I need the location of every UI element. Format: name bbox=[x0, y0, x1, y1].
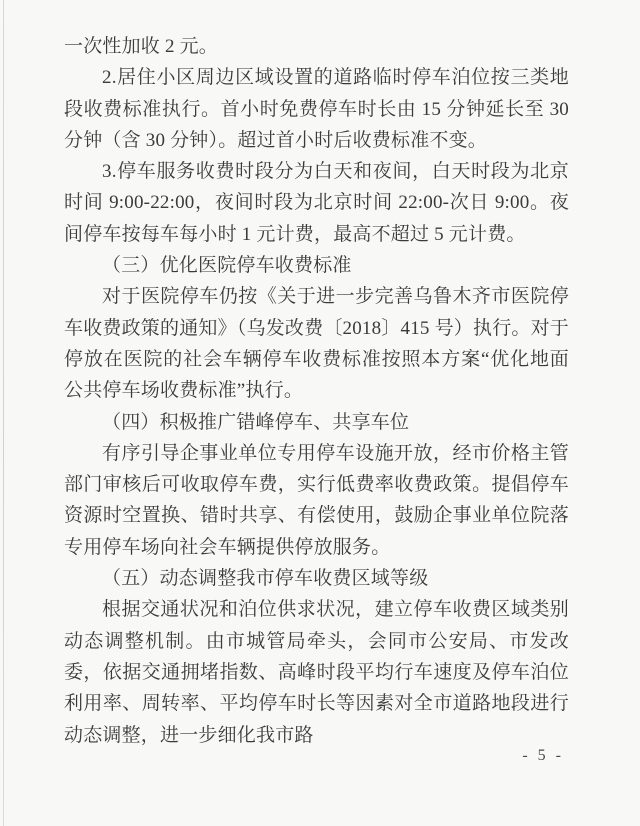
section-heading-4: （四）积极推广错峰停车、共享车位 bbox=[64, 407, 569, 438]
document-body: 一次性加收 2 元。 2.居住小区周边区域设置的道路临时停车泊位按三类地段收费标… bbox=[64, 31, 569, 751]
section-heading-3: （三）优化医院停车收费标准 bbox=[64, 250, 569, 281]
page-number: - 5 - bbox=[522, 746, 564, 765]
document-page: 一次性加收 2 元。 2.居住小区周边区域设置的道路临时停车泊位按三类地段收费标… bbox=[0, 0, 640, 826]
paragraph-road-parking-rule-3: 3.停车服务收费时段分为白天和夜间，白天时段为北京时间 9:00-22:00，夜… bbox=[64, 156, 569, 250]
paragraph-road-parking-rule-2: 2.居住小区周边区域设置的道路临时停车泊位按三类地段收费标准执行。首小时免费停车… bbox=[64, 62, 569, 156]
paragraph-dynamic-adjustment: 根据交通状况和泊位供求状况，建立停车收费区域类别动态调整机制。由市城管局牵头，会… bbox=[64, 594, 569, 750]
scan-artifact-line bbox=[3, 0, 4, 826]
paragraph-continuation: 一次性加收 2 元。 bbox=[64, 31, 569, 62]
section-heading-5: （五）动态调整我市停车收费区域等级 bbox=[64, 563, 569, 594]
paragraph-shared-parking: 有序引导企事业单位专用停车设施开放，经市价格主管部门审核后可收取停车费，实行低费… bbox=[64, 438, 569, 563]
paragraph-hospital-parking: 对于医院停车仍按《关于进一步完善乌鲁木齐市医院停车收费政策的通知》（乌发改费〔2… bbox=[64, 281, 569, 406]
